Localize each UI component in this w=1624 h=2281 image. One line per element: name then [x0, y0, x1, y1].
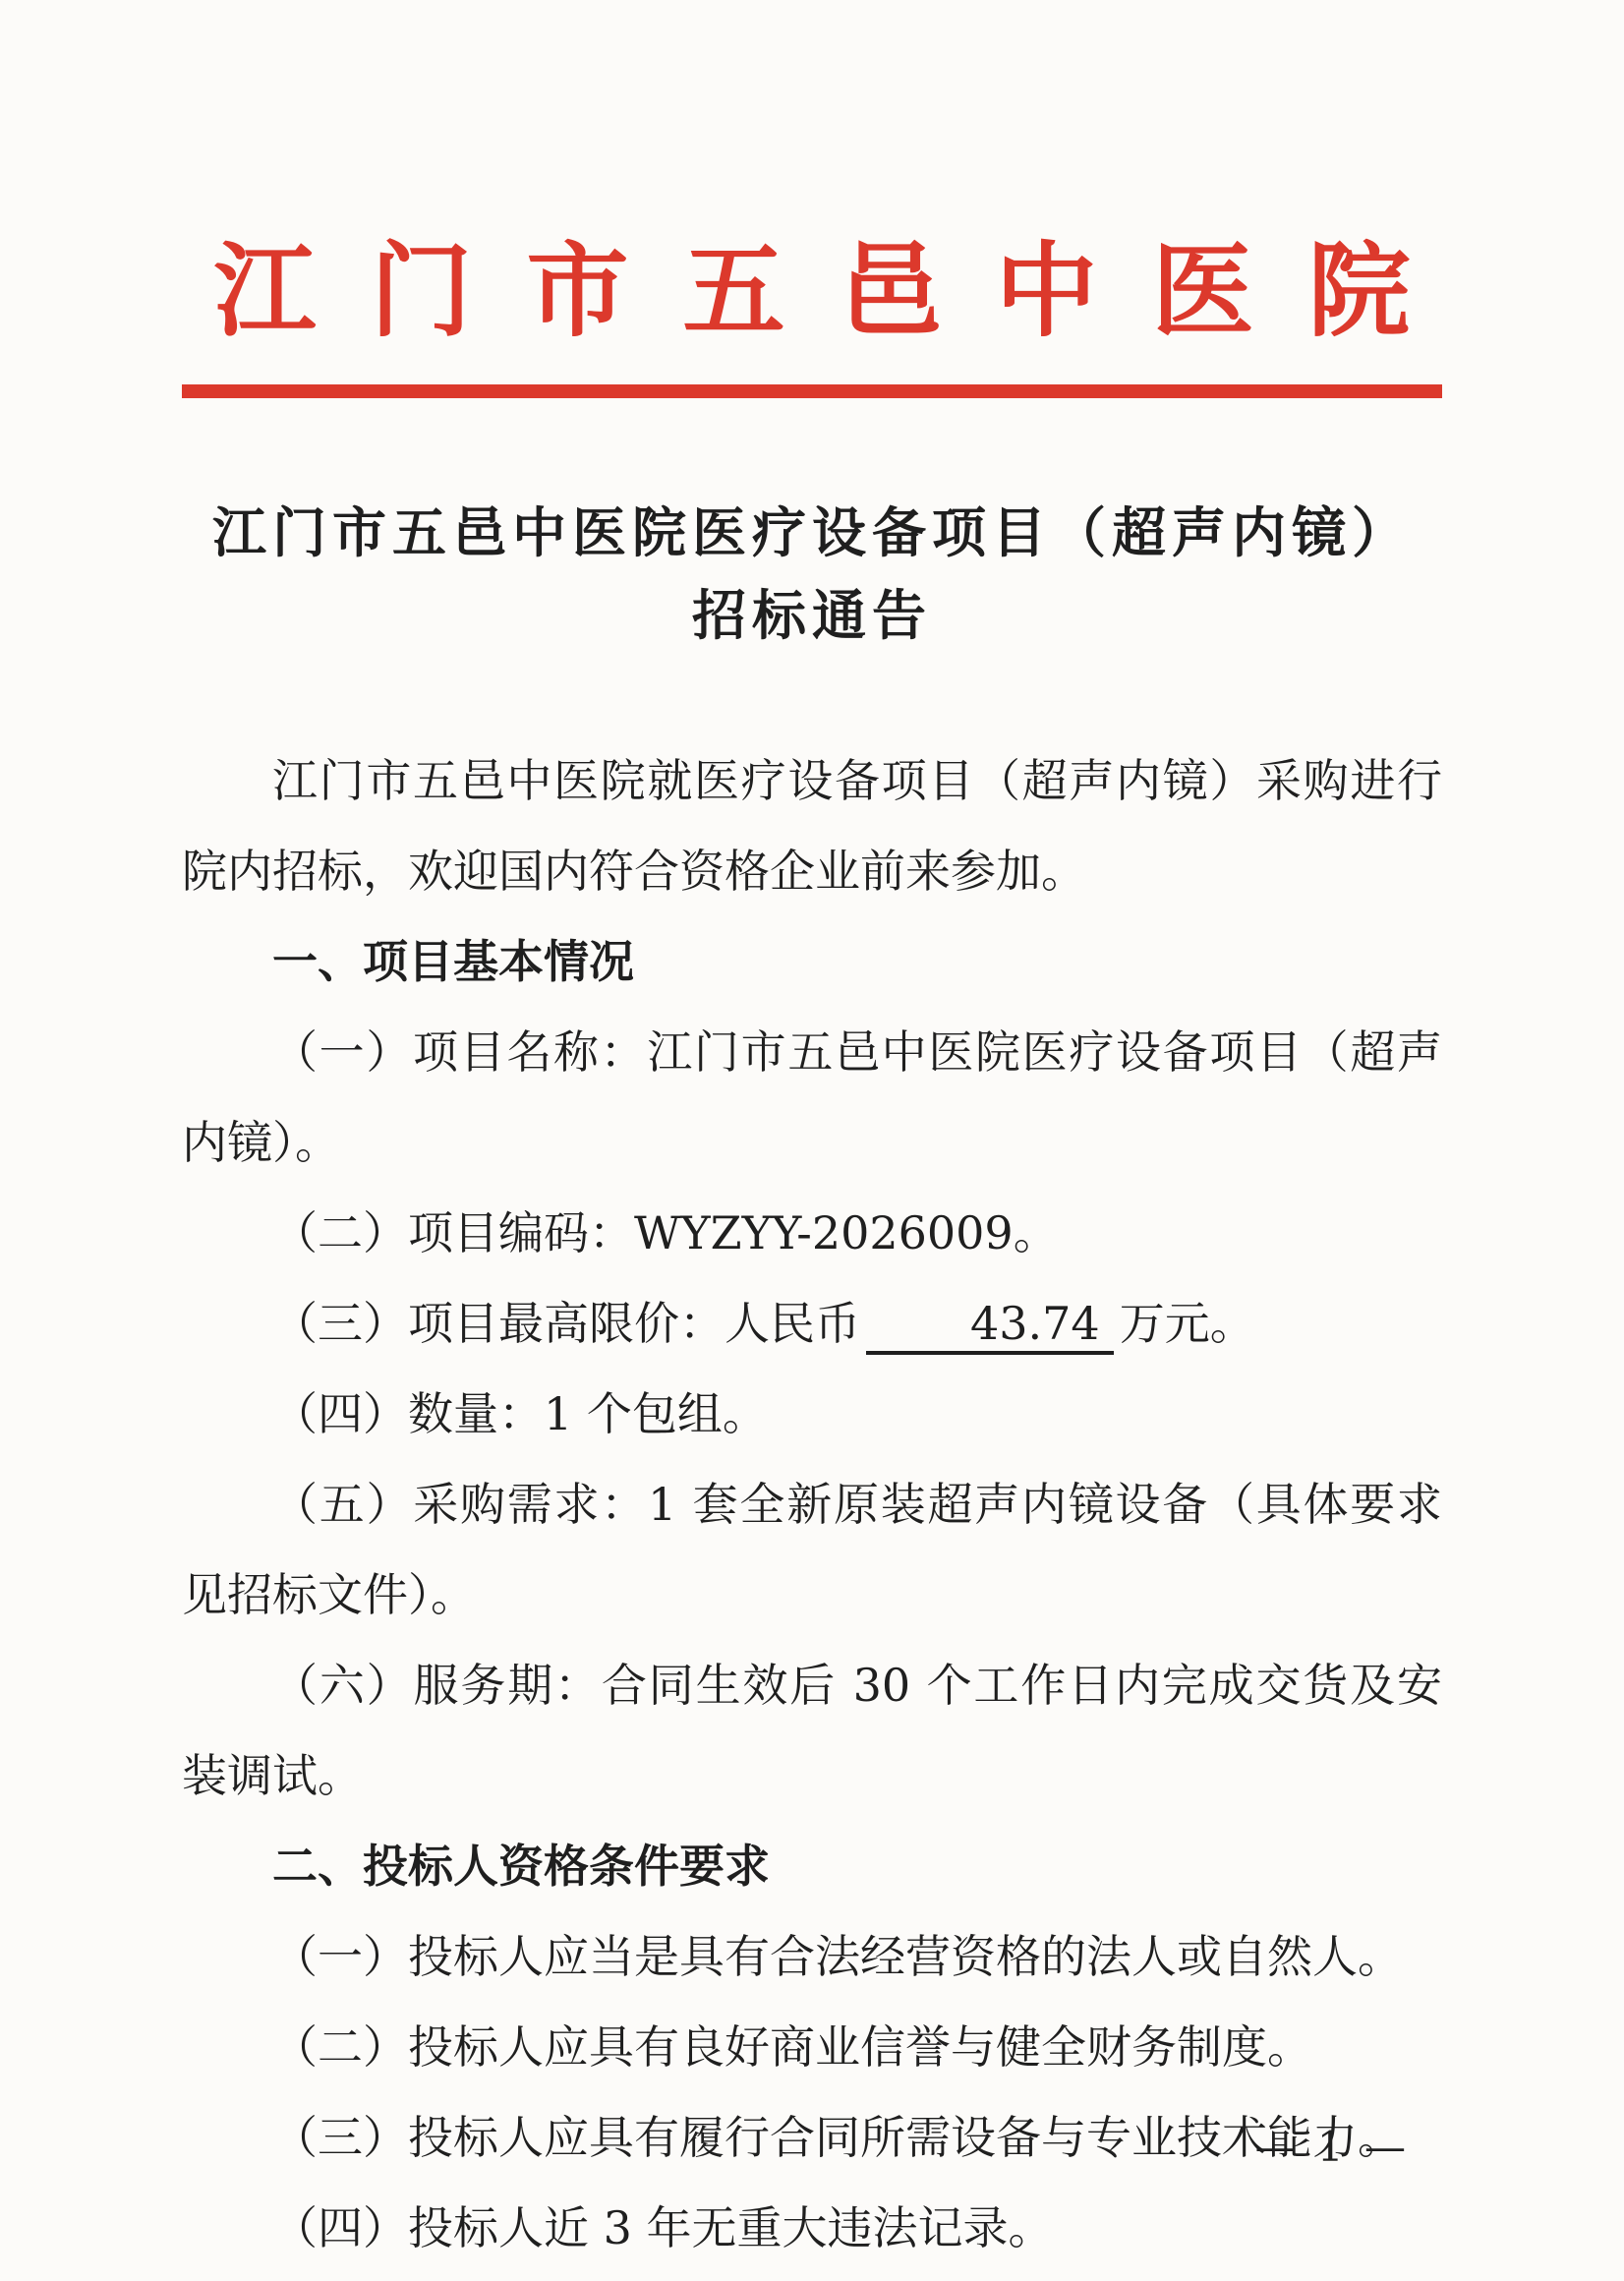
section2-item-no-violation: （四）投标人近 3 年无重大违法记录。 — [182, 2183, 1442, 2273]
price-cap-label: （三）项目最高限价：人民币 — [272, 1297, 860, 1350]
section1-item-service-period: （六）服务期：合同生效后 30 个工作日内完成交货及安装调试。 — [182, 1640, 1442, 1821]
document-title: 江门市五邑中医院医疗设备项目（超声内镜） 招标通告 — [182, 492, 1442, 657]
section2-item-capability: （三）投标人应具有履行合同所需设备与专业技术能力。 — [182, 2092, 1442, 2183]
letterhead-double-rule — [182, 384, 1442, 398]
section1-item-procurement-demand: （五）采购需求：1 套全新原装超声内镜设备（具体要求见招标文件）。 — [182, 1459, 1442, 1640]
intro-paragraph: 江门市五邑中医院就医疗设备项目（超声内镜）采购进行院内招标，欢迎国内符合资格企业… — [182, 735, 1442, 916]
section1-item-project-code: （二）项目编码：WYZYY-2026009。 — [182, 1188, 1442, 1278]
document-title-line1: 江门市五邑中医院医疗设备项目（超声内镜） — [182, 492, 1442, 574]
price-cap-unit: 万元。 — [1120, 1297, 1255, 1350]
document-title-line2: 招标通告 — [182, 574, 1442, 657]
page-number: — 1 — — [1255, 2124, 1410, 2171]
section2-item-legal-qualification: （一）投标人应当是具有合法经营资格的法人或自然人。 — [182, 1911, 1442, 2002]
section1-item-quantity: （四）数量：1 个包组。 — [182, 1369, 1442, 1459]
section2-item-credit-finance: （二）投标人应具有良好商业信誉与健全财务制度。 — [182, 2002, 1442, 2092]
section1-item-project-name: （一）项目名称：江门市五邑中医院医疗设备项目（超声内镜）。 — [182, 1007, 1442, 1188]
section2-heading: 二、投标人资格条件要求 — [182, 1821, 1442, 1911]
price-cap-value: 43.74 — [866, 1297, 1114, 1355]
document-page: 江门市五邑中医院 江门市五邑中医院医疗设备项目（超声内镜） 招标通告 江门市五邑… — [0, 0, 1624, 2281]
section1-item-price-cap: （三）项目最高限价：人民币43.74万元。 — [182, 1278, 1442, 1369]
section1-heading: 一、项目基本情况 — [182, 916, 1442, 1007]
hospital-letterhead-title: 江门市五邑中医院 — [0, 232, 1624, 350]
document-body: 江门市五邑中医院就医疗设备项目（超声内镜）采购进行院内招标，欢迎国内符合资格企业… — [182, 735, 1442, 2273]
